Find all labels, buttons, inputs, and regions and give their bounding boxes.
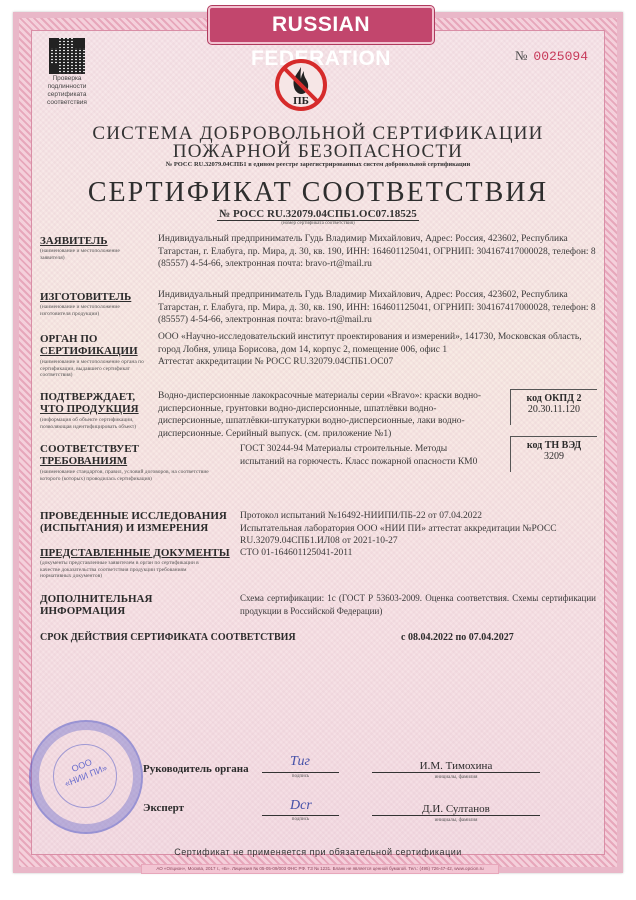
tests-label: ПРОВЕДЕННЫЕ ИССЛЕДОВАНИЯ(ИСПЫТАНИЯ) И ИЗ…: [40, 510, 227, 534]
okpd-code-box: код ОКПД 2 20.30.11.120: [510, 389, 597, 425]
head-signature-caption: подпись: [262, 774, 339, 779]
organization-stamp: ООО «НИИ ПИ»: [29, 720, 143, 834]
test-laboratory: Испытательная лаборатория ООО «НИИ ПИ» а…: [240, 523, 590, 548]
serial-prefix: №: [515, 48, 527, 63]
head-name: И.М. Тимохина: [372, 760, 540, 773]
documents-value: СТО 01-164601125041-2011: [240, 547, 590, 560]
manufacturer-sublabel: (наименование и местоположение изготовит…: [40, 304, 145, 317]
requirements-label: СООТВЕТСТВУЕТТРЕБОВАНИЯМ: [40, 443, 139, 467]
cert-body-accreditation: Аттестат аккредитации № РОСС RU.32079.04…: [158, 356, 598, 369]
applicant-value: Индивидуальный предприниматель Гудь Влад…: [158, 233, 598, 271]
okpd-label: код ОКПД 2: [511, 393, 597, 404]
expert-signature-caption: подпись: [262, 817, 339, 822]
cert-body-sublabel: (наименование и местоположение органа по…: [40, 359, 145, 379]
product-label: ПОДТВЕРЖДАЕТ,ЧТО ПРОДУКЦИЯ: [40, 391, 139, 415]
head-role-label: Руководитель органа: [143, 763, 249, 775]
head-signature-line: [262, 772, 339, 773]
tnved-code-box: код ТН ВЭД 3209: [510, 436, 597, 472]
validity-period: с 08.04.2022 по 07.04.2027: [401, 632, 514, 643]
applicant-sublabel: (наименование и местоположение заявителя…: [40, 248, 145, 261]
certificate-number-value: № РОСС RU.32079.04СПБ1.ОС07.18525: [217, 208, 419, 221]
test-protocol: Протокол испытаний №16492-НИИПИ/ПБ-22 от…: [240, 510, 590, 523]
product-value: Водно-дисперсионные лакокрасочные матери…: [158, 390, 496, 440]
cert-body-address: ООО «Научно-исследовательский институт п…: [158, 331, 598, 356]
cert-body-value: ООО «Научно-исследовательский институт п…: [158, 331, 598, 369]
system-title-line2: ПОЖАРНОЙ БЕЗОПАСНОСТИ: [0, 141, 636, 163]
tnved-value: 3209: [544, 451, 564, 462]
qr-code-icon[interactable]: [49, 38, 85, 74]
expert-signature-line: [262, 815, 339, 816]
certificate-number: № РОСС RU.32079.04СПБ1.ОС07.18525: [0, 208, 636, 220]
documents-label: ПРЕДСТАВЛЕННЫЕ ДОКУМЕНТЫ: [40, 547, 230, 559]
additional-label: ДОПОЛНИТЕЛЬНАЯИНФОРМАЦИЯ: [40, 593, 152, 617]
tnved-label: код ТН ВЭД: [511, 440, 597, 451]
country-banner: RUSSIAN FEDERATION: [208, 6, 434, 44]
tests-value: Протокол испытаний №16492-НИИПИ/ПБ-22 от…: [240, 510, 590, 548]
head-signature: Тиг: [290, 754, 310, 770]
requirements-sublabel: (наименование стандартов, правил, услови…: [40, 469, 220, 482]
printer-imprint: АО «Опцион», Москва, 2017 г., «Б». Лицен…: [141, 864, 499, 874]
expert-role-label: Эксперт: [143, 802, 184, 814]
serial-value: 0025094: [533, 49, 588, 64]
additional-value: Схема сертификации: 1с (ГОСТ Р 53603-200…: [240, 592, 596, 617]
head-name-caption: инициалы, фамилия: [372, 775, 540, 780]
documents-sublabel: (документы представленные заявителем в о…: [40, 560, 210, 580]
expert-name-caption: инициалы, фамилия: [372, 818, 540, 823]
logo-text: ПБ: [293, 95, 309, 107]
requirements-value: ГОСТ 30244-94 Материалы строительные. Ме…: [240, 443, 490, 468]
validity-label: СРОК ДЕЙСТВИЯ СЕРТИФИКАТА СООТВЕТСТВИЯ: [40, 632, 296, 643]
registry-line: № РОСС RU.32079.04СПБ1 в едином реестре …: [0, 161, 636, 168]
expert-signature: Dcr: [290, 798, 312, 814]
product-sublabel: (информация об объекте сертификации, поз…: [40, 417, 145, 430]
applicant-label: ЗАЯВИТЕЛЬ: [40, 235, 108, 247]
no-fire-icon: ПБ: [273, 57, 329, 113]
footer-note: Сертификат не применяется при обязательн…: [0, 847, 636, 857]
okpd-value: 20.30.11.120: [528, 404, 580, 415]
qr-caption: Проверка подлинности сертификата соответ…: [38, 75, 96, 107]
manufacturer-value: Индивидуальный предприниматель Гудь Влад…: [158, 289, 598, 327]
certificate-title: СЕРТИФИКАТ СООТВЕТСТВИЯ: [0, 177, 636, 209]
serial-number: №0025094: [515, 48, 588, 64]
certificate-number-caption: (номер сертификата соответствия): [0, 221, 636, 226]
cert-body-label: ОРГАН ПОСЕРТИФИКАЦИИ: [40, 333, 138, 357]
manufacturer-label: ИЗГОТОВИТЕЛЬ: [40, 291, 131, 303]
expert-name: Д.И. Султанов: [372, 803, 540, 816]
